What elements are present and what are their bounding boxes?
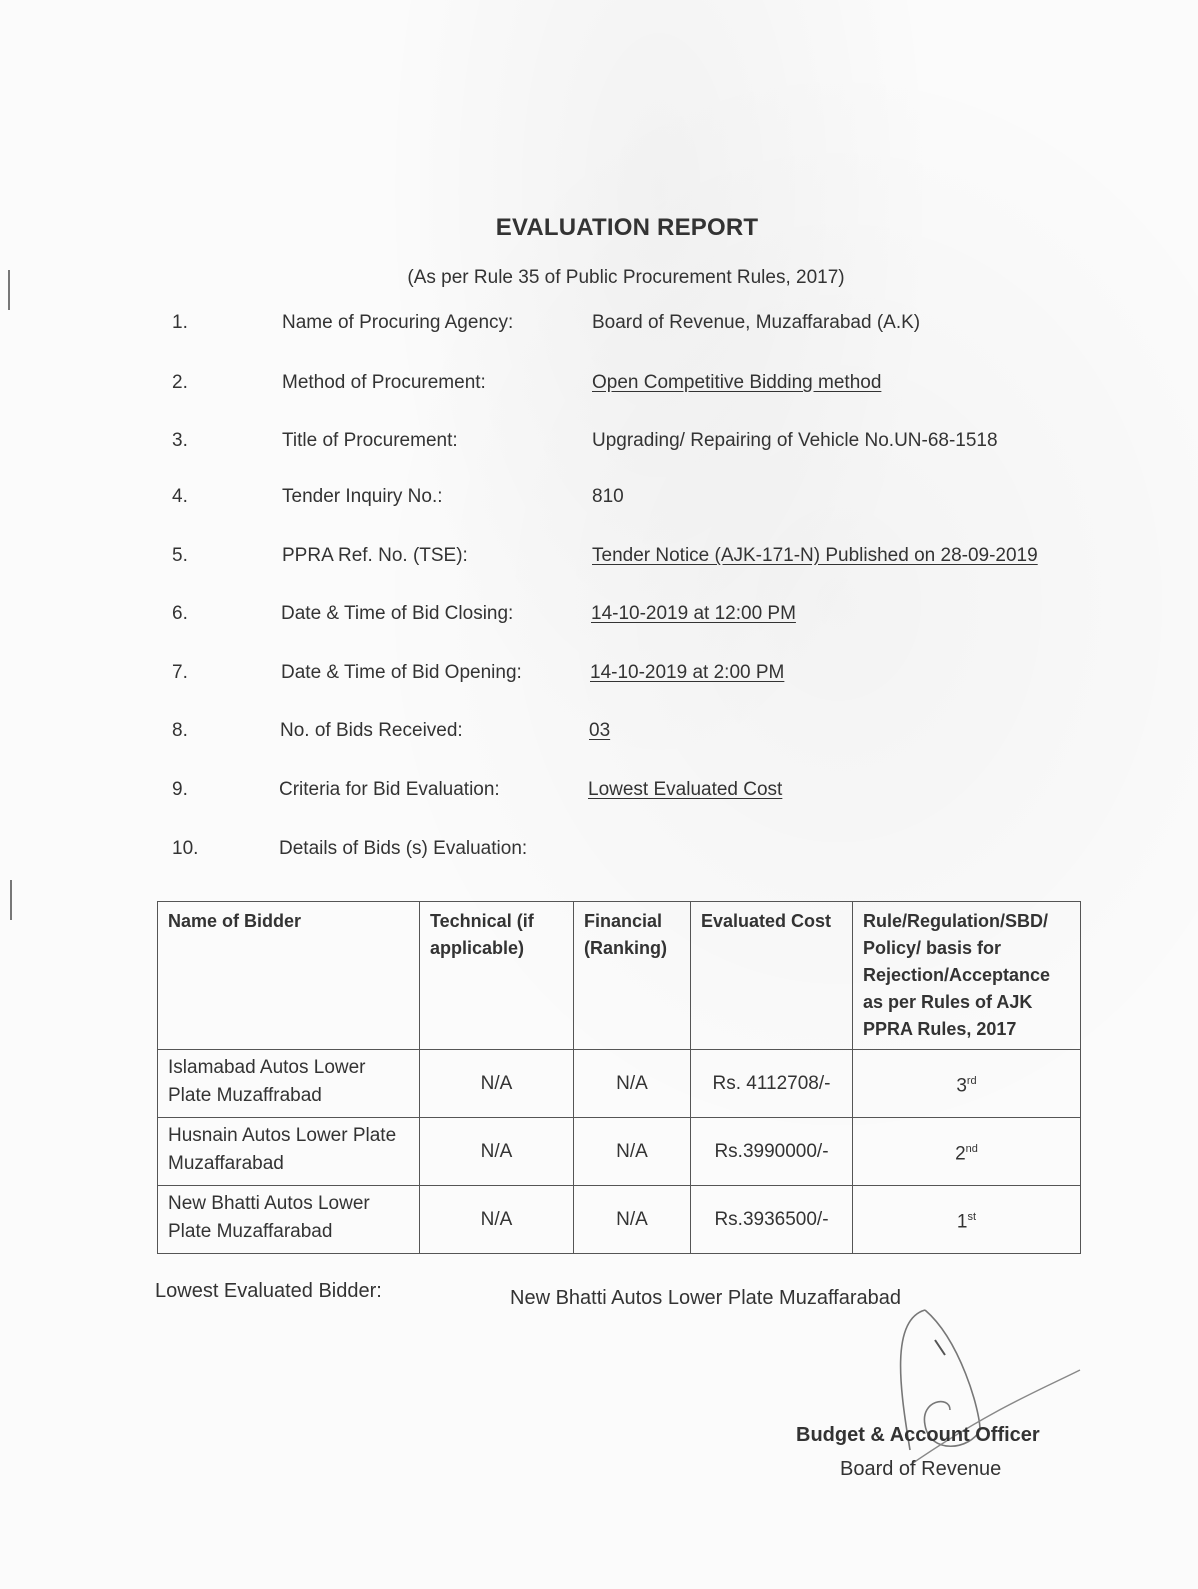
bids-evaluation-table: Name of Bidder Technical (if applicable)… bbox=[157, 901, 1081, 1254]
cell-technical: N/A bbox=[420, 1118, 574, 1186]
scan-edge-mark bbox=[10, 880, 12, 920]
field-row: 7.Date & Time of Bid Opening:14-10-2019 … bbox=[0, 662, 1198, 692]
cell-bidder: New Bhatti Autos Lower Plate Muzaffaraba… bbox=[158, 1186, 420, 1254]
signatory-org: Board of Revenue bbox=[840, 1458, 1001, 1481]
field-label: Method of Procurement: bbox=[282, 372, 486, 394]
field-value: Board of Revenue, Muzaffarabad (A.K) bbox=[592, 312, 920, 334]
header-evaluated-cost: Evaluated Cost bbox=[691, 902, 853, 1050]
field-label: No. of Bids Received: bbox=[280, 720, 463, 742]
field-label: PPRA Ref. No. (TSE): bbox=[282, 545, 468, 567]
field-value: 03 bbox=[589, 720, 610, 742]
field-label: Criteria for Bid Evaluation: bbox=[279, 779, 500, 801]
cell-rank: 2nd bbox=[853, 1118, 1081, 1186]
field-value: 810 bbox=[592, 486, 624, 508]
field-number: 3. bbox=[172, 430, 188, 452]
cell-bidder: Islamabad Autos Lower Plate Muzaffrabad bbox=[158, 1050, 420, 1118]
field-number: 9. bbox=[172, 779, 188, 801]
field-value: Upgrading/ Repairing of Vehicle No.UN-68… bbox=[592, 430, 998, 452]
cell-rank: 3rd bbox=[853, 1050, 1081, 1118]
cell-evaluated-cost: Rs.3936500/- bbox=[691, 1186, 853, 1254]
table-row: New Bhatti Autos Lower Plate Muzaffaraba… bbox=[158, 1186, 1081, 1254]
field-label: Date & Time of Bid Closing: bbox=[281, 603, 513, 625]
field-row: 6.Date & Time of Bid Closing:14-10-2019 … bbox=[0, 603, 1198, 633]
cell-evaluated-cost: Rs. 4112708/- bbox=[691, 1050, 853, 1118]
field-label: Tender Inquiry No.: bbox=[282, 486, 443, 508]
field-label: Name of Procuring Agency: bbox=[282, 312, 513, 334]
field-number: 1. bbox=[172, 312, 188, 334]
field-row: 2.Method of Procurement:Open Competitive… bbox=[0, 372, 1198, 402]
field-number: 2. bbox=[172, 372, 188, 394]
field-row: 8.No. of Bids Received:03 bbox=[0, 720, 1198, 750]
lowest-bidder-label: Lowest Evaluated Bidder: bbox=[155, 1280, 382, 1303]
rank-number: 2 bbox=[955, 1143, 966, 1164]
field-row: 3.Title of Procurement:Upgrading/ Repair… bbox=[0, 430, 1198, 460]
rank-number: 1 bbox=[957, 1211, 968, 1232]
field-label: Date & Time of Bid Opening: bbox=[281, 662, 522, 684]
header-rule-basis: Rule/Regulation/SBD/ Policy/ basis for R… bbox=[853, 902, 1081, 1050]
field-row: 10.Details of Bids (s) Evaluation: bbox=[0, 838, 1198, 868]
header-name-of-bidder: Name of Bidder bbox=[158, 902, 420, 1050]
field-value: 14-10-2019 at 2:00 PM bbox=[590, 662, 784, 684]
header-technical: Technical (if applicable) bbox=[420, 902, 574, 1050]
table-row: Husnain Autos Lower Plate MuzaffarabadN/… bbox=[158, 1118, 1081, 1186]
field-number: 5. bbox=[172, 545, 188, 567]
field-row: 4.Tender Inquiry No.:810 bbox=[0, 486, 1198, 516]
cell-rank: 1st bbox=[853, 1186, 1081, 1254]
field-value: Lowest Evaluated Cost bbox=[588, 779, 782, 801]
table-header-row: Name of Bidder Technical (if applicable)… bbox=[158, 902, 1081, 1050]
scanned-page: EVALUATION REPORT (As per Rule 35 of Pub… bbox=[0, 0, 1198, 1589]
field-label: Title of Procurement: bbox=[282, 430, 458, 452]
cell-evaluated-cost: Rs.3990000/- bbox=[691, 1118, 853, 1186]
cell-technical: N/A bbox=[420, 1186, 574, 1254]
field-row: 9.Criteria for Bid Evaluation:Lowest Eva… bbox=[0, 779, 1198, 809]
field-value: Tender Notice (AJK-171-N) Published on 2… bbox=[592, 545, 1038, 567]
report-subtitle: (As per Rule 35 of Public Procurement Ru… bbox=[0, 267, 1198, 289]
field-number: 6. bbox=[172, 603, 188, 625]
rank-number: 3 bbox=[956, 1075, 967, 1096]
rank-suffix: nd bbox=[966, 1143, 978, 1155]
table-row: Islamabad Autos Lower Plate MuzaffrabadN… bbox=[158, 1050, 1081, 1118]
field-row: 1.Name of Procuring Agency:Board of Reve… bbox=[0, 312, 1198, 342]
lowest-bidder-value: New Bhatti Autos Lower Plate Muzaffaraba… bbox=[510, 1287, 901, 1310]
cell-financial: N/A bbox=[574, 1050, 691, 1118]
field-row: 5.PPRA Ref. No. (TSE):Tender Notice (AJK… bbox=[0, 545, 1198, 575]
cell-bidder: Husnain Autos Lower Plate Muzaffarabad bbox=[158, 1118, 420, 1186]
rank-suffix: rd bbox=[967, 1075, 977, 1087]
field-value: Open Competitive Bidding method bbox=[592, 372, 881, 394]
field-number: 10. bbox=[172, 838, 198, 860]
field-label: Details of Bids (s) Evaluation: bbox=[279, 838, 527, 860]
field-value: 14-10-2019 at 12:00 PM bbox=[591, 603, 796, 625]
cell-financial: N/A bbox=[574, 1186, 691, 1254]
rank-suffix: st bbox=[968, 1211, 977, 1223]
field-number: 4. bbox=[172, 486, 188, 508]
field-number: 8. bbox=[172, 720, 188, 742]
cell-financial: N/A bbox=[574, 1118, 691, 1186]
cell-technical: N/A bbox=[420, 1050, 574, 1118]
report-title: EVALUATION REPORT bbox=[0, 214, 1198, 242]
field-number: 7. bbox=[172, 662, 188, 684]
header-financial: Financial (Ranking) bbox=[574, 902, 691, 1050]
signatory-title: Budget & Account Officer bbox=[796, 1424, 1040, 1447]
